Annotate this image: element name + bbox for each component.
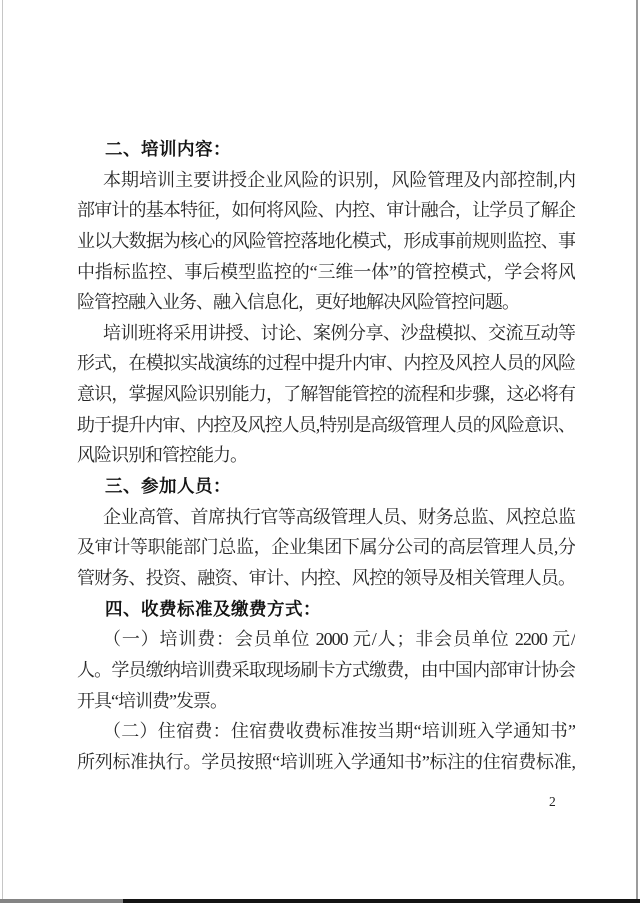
text-line: 及审计等职能部门总监，企业集团下属分公司的高层管理人员,分 [77, 532, 575, 563]
text-line: 意识，掌握风险识别能力，了解智能管控的流程和步骤，这必将有 [77, 379, 575, 410]
page-bottom-edge-gray [0, 899, 123, 903]
text-line: 本期培训主要讲授企业风险的识别，风险管理及内部控制,内 [77, 165, 575, 196]
text-line: 人。学员缴纳培训费采取现场刷卡方式缴费，由中国内部审计协会 [77, 655, 575, 686]
text-line: 培训班将采用讲授、讨论、案例分享、沙盘模拟、交流互动等 [77, 318, 575, 349]
section-heading-training-content: 二、培训内容： [77, 134, 575, 165]
page-right-edge [636, 0, 638, 903]
text-line: 助于提升内审、内控及风控人员,特别是高级管理人员的风险意识、 [77, 410, 575, 441]
text-line: 所列标准执行。学员按照“培训班入学通知书”标注的住宿费标准, [77, 747, 575, 778]
text-line: 企业高管、首席执行官等高级管理人员、财务总监、风控总监 [77, 502, 575, 533]
text-line: 形式，在模拟实战演练的过程中提升内审、内控及风控人员的风险 [77, 348, 575, 379]
text-line: 业以大数据为核心的风险管控落地化模式，形成事前规则监控、事 [77, 226, 575, 257]
text-line: 部审计的基本特征，如何将风险、内控、审计融合，让学员了解企 [77, 195, 575, 226]
text-line: 管财务、投资、融资、审计、内控、风控的领导及相关管理人员。 [77, 563, 575, 594]
document-page: 二、培训内容：本期培训主要讲授企业风险的识别，风险管理及内部控制,内部审计的基本… [0, 0, 640, 903]
document-content: 二、培训内容：本期培训主要讲授企业风险的识别，风险管理及内部控制,内部审计的基本… [77, 134, 575, 777]
text-line: 中指标监控、事后模型监控的“三维一体”的管控模式，学会将风 [77, 257, 575, 288]
page-bottom-edge-dark [123, 899, 640, 903]
section-heading-fees: 四、收费标准及缴费方式： [77, 594, 575, 625]
page-number: 2 [549, 794, 556, 810]
text-line: 险管控融入业务、融入信息化，更好地解决风险管控问题。 [77, 287, 575, 318]
text-line: （一）培训费：会员单位 2000 元/人；非会员单位 2200 元/ [77, 624, 575, 655]
text-line: （二）住宿费：住宿费收费标准按当期“培训班入学通知书” [77, 716, 575, 747]
page-left-edge [2, 0, 3, 903]
section-heading-participants: 三、参加人员： [77, 471, 575, 502]
text-line: 风险识别和管控能力。 [77, 440, 575, 471]
text-line: 开具“培训费”发票。 [77, 686, 575, 717]
